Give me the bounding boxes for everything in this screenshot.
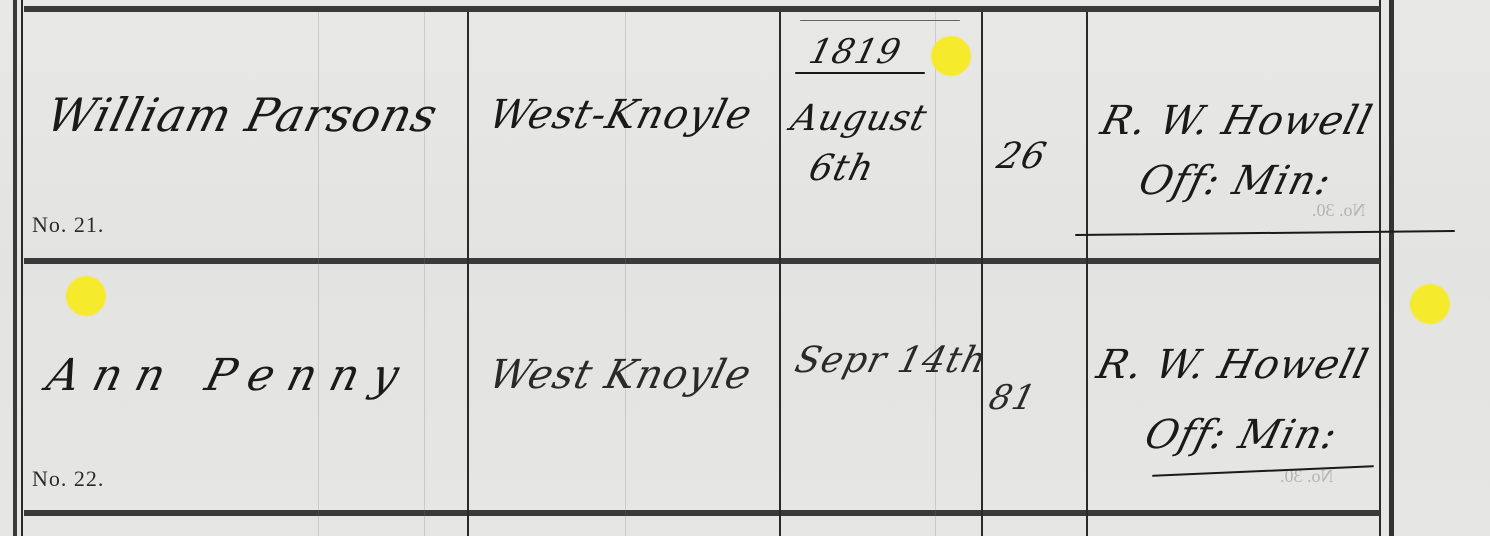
entry-22-abode: West Knoyle (484, 352, 756, 398)
row-rule-bottom (24, 510, 1380, 516)
entry-22-officiant-name: R. W. Howell (1092, 342, 1373, 388)
column-divider-name-abode (467, 12, 469, 536)
bleed-through-text: No. 30. (1280, 466, 1334, 487)
right-border-inner (1379, 0, 1381, 536)
entry-22-number: No. 22. (32, 466, 104, 492)
entry-21-name: William Parsons (41, 88, 443, 142)
entry-21-date-month: August (787, 98, 932, 139)
entry-21-date-year: 1819 (805, 32, 906, 72)
entry-21-officiant-name: R. W. Howell (1096, 98, 1377, 144)
entry-21-officiant-title: Off: Min: (1134, 158, 1336, 204)
entry-21-year-underline (795, 72, 925, 74)
register-page: William Parsons West-Knoyle 1819 August … (0, 0, 1490, 536)
entry-22-date: Sepr 14th (791, 340, 991, 381)
entry-21-date-day: 6th (805, 148, 879, 189)
row-rule-middle (24, 258, 1380, 264)
entry-22-name: Ann Penny (42, 350, 418, 401)
row-rule-top (24, 6, 1380, 12)
bleed-through-text: No. 30. (1312, 200, 1366, 221)
guide-line (625, 12, 626, 536)
marker-dot-name (66, 276, 106, 316)
left-border-outer (13, 0, 17, 536)
column-divider-abode-date (779, 12, 781, 536)
marker-dot-margin (1410, 284, 1450, 324)
column-divider-age-officiant (1086, 12, 1088, 536)
entry-21-abode: West-Knoyle (484, 92, 757, 138)
guide-line (935, 12, 936, 536)
right-border-outer (1389, 0, 1394, 536)
entry-22-signature-underline (1152, 465, 1374, 477)
entry-21-year-overline (800, 20, 960, 21)
entry-21-signature-underline (1075, 230, 1455, 236)
entry-22-officiant-title: Off: Min: (1140, 412, 1342, 458)
entry-22-age: 81 (985, 378, 1040, 418)
column-divider-date-age (981, 12, 983, 536)
left-border-inner (21, 0, 23, 536)
marker-dot-date (931, 36, 971, 76)
entry-21-age: 26 (993, 136, 1051, 177)
entry-21-number: No. 21. (32, 212, 104, 238)
